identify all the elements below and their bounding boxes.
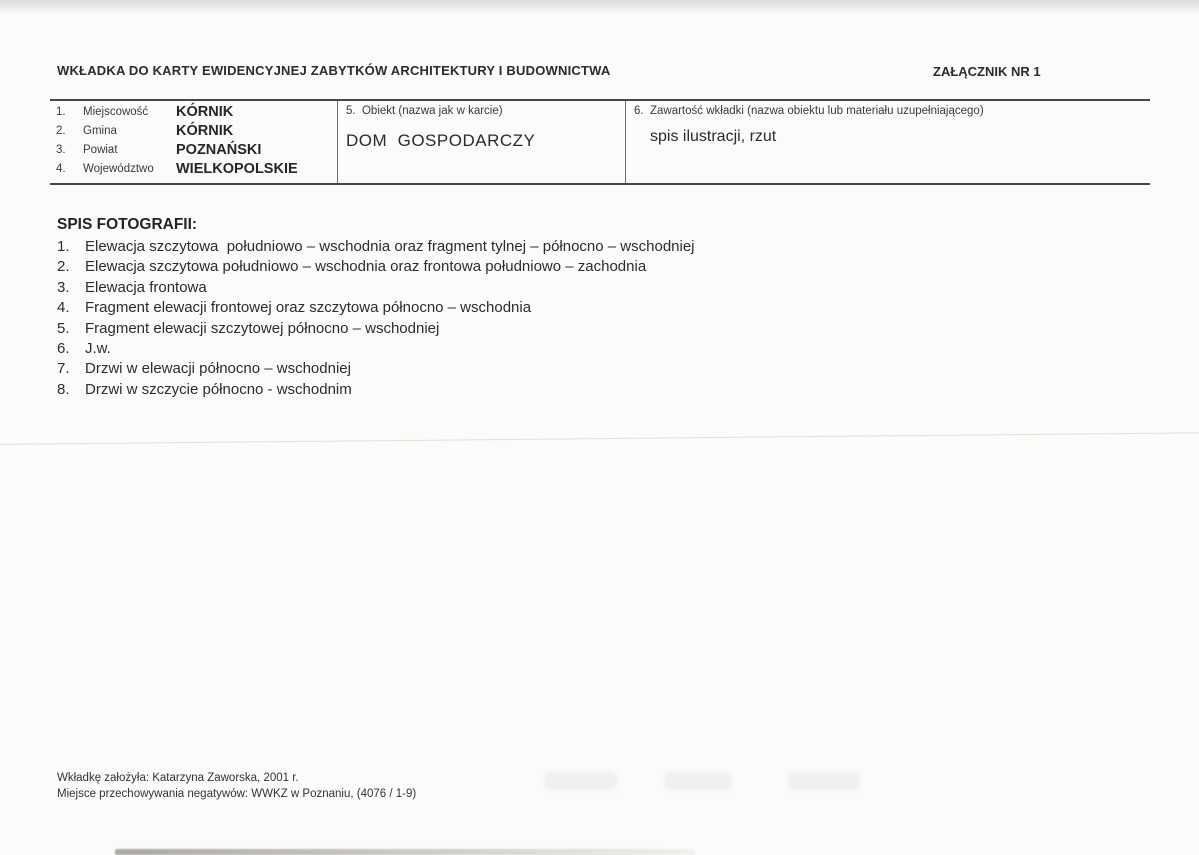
photo-list-item: 4. Fragment elewacji frontowej oraz szcz…	[57, 299, 1057, 319]
field-label: Gmina	[83, 125, 117, 137]
field-number: 4.	[56, 163, 66, 175]
photo-list: 1. Elewacja szczytowa południowo – wscho…	[57, 238, 1057, 401]
photo-list-item: 3. Elewacja frontowa	[57, 279, 1057, 299]
annex-label: ZAŁĄCZNIK NR 1	[933, 64, 1041, 79]
field-label: Miejscowość	[83, 106, 148, 118]
object-name-value: DOM GOSPODARCZY	[346, 131, 535, 151]
field-label: Województwo	[83, 163, 154, 175]
scanned-document-page: WKŁADKA DO KARTY EWIDENCYJNEJ ZABYTKÓW A…	[0, 0, 1199, 855]
photo-list-item: 5. Fragment elewacji szczytowej północno…	[57, 320, 1057, 340]
item-number: 7.	[57, 360, 85, 377]
content-cell: 6. Zawartość wkładki (nazwa obiektu lub …	[625, 101, 1151, 183]
item-text: Fragment elewacji frontowej oraz szczyto…	[85, 299, 531, 316]
item-number: 8.	[57, 381, 85, 398]
ink-bleed-artifact	[545, 772, 617, 790]
item-text: J.w.	[85, 340, 111, 357]
field-value: WIELKOPOLSKIE	[176, 161, 298, 177]
photo-list-item: 6. J.w.	[57, 340, 1057, 360]
photo-list-item: 2. Elewacja szczytowa południowo – wscho…	[57, 258, 1057, 278]
item-text: Elewacja frontowa	[85, 279, 207, 296]
content-cell-header: 6. Zawartość wkładki (nazwa obiektu lub …	[634, 105, 984, 117]
photo-list-item: 1. Elewacja szczytowa południowo – wscho…	[57, 238, 1057, 258]
header-table: 1. Miejscowość KÓRNIK 2. Gmina KÓRNIK 3.…	[50, 99, 1150, 185]
scan-bottom-edge-artifact	[115, 849, 695, 855]
item-number: 4.	[57, 299, 85, 316]
location-row-wojewodztwo: 4. Województwo WIELKOPOLSKIE	[50, 163, 337, 182]
field-value: POZNAŃSKI	[176, 142, 261, 158]
content-value: spis ilustracji, rzut	[650, 128, 776, 146]
location-cell: 1. Miejscowość KÓRNIK 2. Gmina KÓRNIK 3.…	[50, 101, 337, 183]
field-number: 2.	[56, 125, 66, 137]
document-title: WKŁADKA DO KARTY EWIDENCYJNEJ ZABYTKÓW A…	[57, 63, 610, 78]
photo-list-item: 8. Drzwi w szczycie północno - wschodnim	[57, 381, 1057, 401]
footer-notes: Wkładkę założyła: Katarzyna Zaworska, 20…	[57, 770, 416, 802]
item-number: 3.	[57, 279, 85, 296]
item-number: 2.	[57, 258, 85, 275]
field-label: Powiat	[83, 144, 118, 156]
field-number: 3.	[56, 144, 66, 156]
item-number: 5.	[57, 320, 85, 337]
photos-section-heading: SPIS FOTOGRAFII:	[57, 216, 197, 234]
item-text: Fragment elewacji szczytowej północno – …	[85, 320, 439, 337]
footer-author-line: Wkładkę założyła: Katarzyna Zaworska, 20…	[57, 770, 416, 786]
scan-top-edge-artifact	[0, 0, 1199, 14]
item-text: Drzwi w szczycie północno - wschodnim	[85, 381, 352, 398]
item-number: 6.	[57, 340, 85, 357]
field-number: 1.	[56, 106, 66, 118]
paper-crease-artifact	[0, 432, 1199, 445]
ink-bleed-artifact	[788, 772, 860, 790]
field-value: KÓRNIK	[176, 104, 233, 120]
item-text: Elewacja szczytowa południowo – wschodni…	[85, 238, 695, 255]
footer-negatives-line: Miejsce przechowywania negatywów: WWKZ w…	[57, 786, 416, 802]
item-text: Elewacja szczytowa południowo – wschodni…	[85, 258, 646, 275]
object-cell: 5. Obiekt (nazwa jak w karcie) DOM GOSPO…	[337, 101, 626, 183]
photo-list-item: 7. Drzwi w elewacji północno – wschodnie…	[57, 360, 1057, 380]
object-cell-header: 5. Obiekt (nazwa jak w karcie)	[346, 105, 503, 117]
ink-bleed-artifact	[665, 772, 731, 790]
item-number: 1.	[57, 238, 85, 255]
item-text: Drzwi w elewacji północno – wschodniej	[85, 360, 351, 377]
field-value: KÓRNIK	[176, 123, 233, 139]
